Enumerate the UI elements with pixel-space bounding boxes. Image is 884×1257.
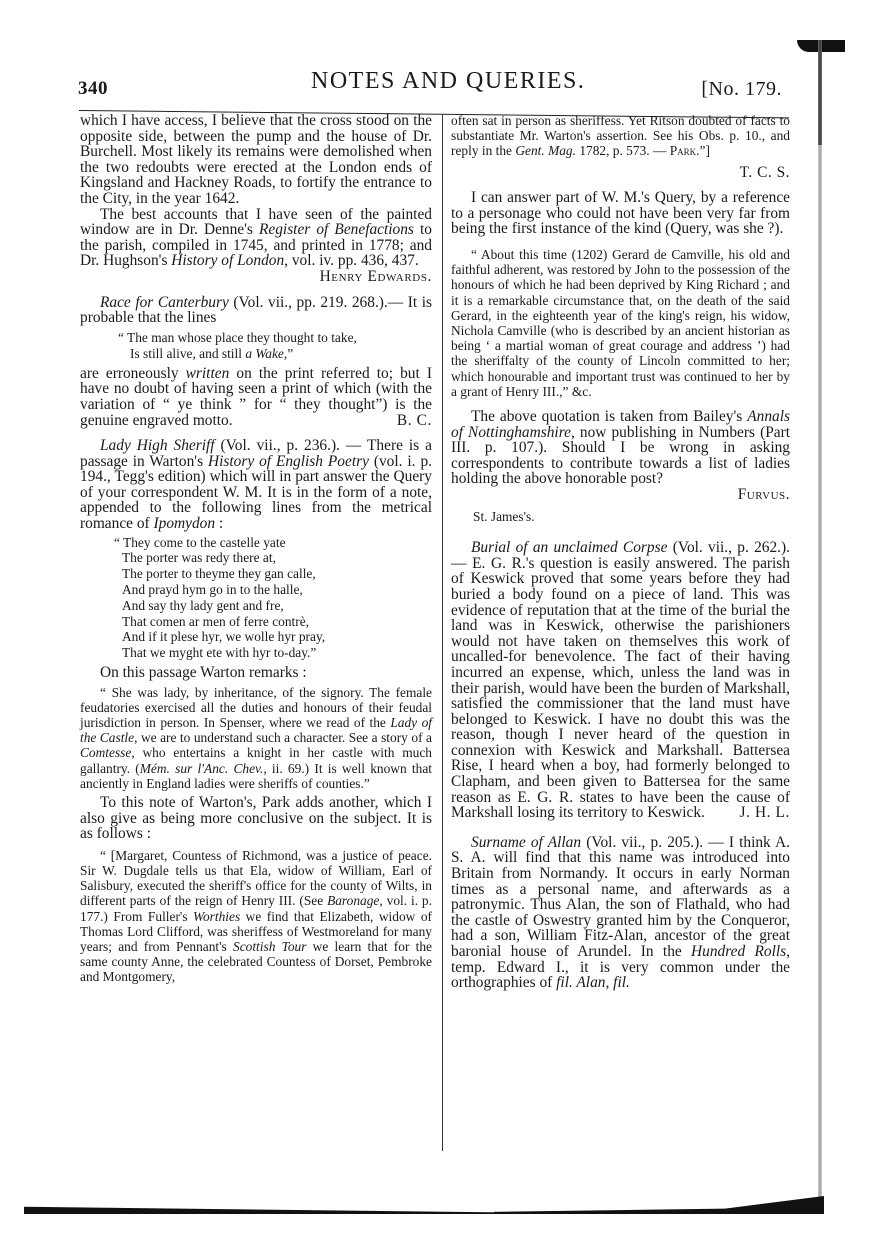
signature-furvus: Furvus. <box>451 487 790 503</box>
article-race-for-canterbury: Race for Canterbury (Vol. vii., pp. 219.… <box>80 295 432 326</box>
binding-edge-right <box>818 40 822 1200</box>
page-number: 340 <box>78 78 108 100</box>
running-header: 340 NOTES AND QUERIES. [No. 179. <box>78 68 790 108</box>
article-title: Surname of Allan <box>471 834 581 851</box>
scanned-page: 340 NOTES AND QUERIES. [No. 179. which I… <box>0 0 884 1257</box>
article-burial-unclaimed-corpse: Burial of an unclaimed Corpse (Vol. vii.… <box>451 540 790 821</box>
warton-note: “ She was lady, by inheritance, of the s… <box>80 685 432 791</box>
park-note: “ [Margaret, Countess of Richmond, was a… <box>80 848 432 985</box>
signature-place: St. James's. <box>451 509 790 525</box>
right-column: often sat in person as sheriffess. Yet R… <box>451 113 790 991</box>
signature-henry-edwards: Henry Edwards. <box>300 269 432 285</box>
issue-number: [No. 179. <box>701 78 782 101</box>
article-wm-query-answer: I can answer part of W. M.'s Query, by a… <box>451 190 790 237</box>
signature-tcs: T. C. S. <box>451 165 790 181</box>
column-divider <box>442 114 443 1151</box>
motto-quote: “ The man whose place they thought to ta… <box>118 330 432 362</box>
page-bottom-edge-right <box>494 1196 824 1214</box>
article-title: Lady High Sheriff <box>100 437 215 454</box>
article-lady-high-sheriff: Lady High Sheriff (Vol. vii., p. 236.). … <box>80 438 432 532</box>
journal-title: NOTES AND QUERIES. <box>311 68 585 95</box>
signature-jhl: J. H. L. <box>719 805 790 821</box>
race-body: are erroneously written on the print ref… <box>80 366 432 428</box>
camville-quote: “ About this time (1202) Gerard de Camvi… <box>451 247 790 399</box>
warton-intro: On this passage Warton remarks : <box>80 665 432 681</box>
park-intro: To this note of Warton's, Park adds anot… <box>80 795 432 842</box>
bailey-paragraph: The above quotation is taken from Bailey… <box>451 409 790 487</box>
article-painted-window: The best accounts that I have seen of th… <box>80 207 432 269</box>
article-surname-of-allan: Surname of Allan (Vol. vii., p. 205.). —… <box>451 835 790 991</box>
article-title: Race for Canterbury <box>100 294 229 311</box>
left-column: which I have access, I believe that the … <box>80 113 432 985</box>
ipomydon-verse: “ They come to the castelle yate The por… <box>122 535 432 661</box>
park-note-continuation: often sat in person as sheriffess. Yet R… <box>451 113 790 159</box>
article-cross-continuation: which I have access, I believe that the … <box>80 113 432 207</box>
article-title: Burial of an unclaimed Corpse <box>471 539 667 556</box>
signature-bc: B. C. <box>397 413 432 429</box>
page-bottom-edge <box>24 1206 500 1214</box>
